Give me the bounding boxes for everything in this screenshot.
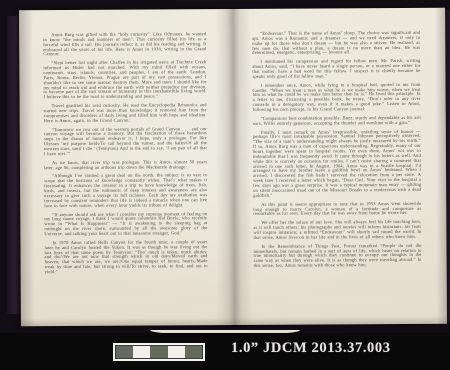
right-page-paragraph: “Companions best combination possible. B… (253, 116, 421, 127)
right-page-paragraph: “Endeavour.” That is the name of Amos’ s… (252, 31, 420, 56)
right-page: “Endeavour.” That is the name of Amos’ s… (252, 31, 421, 273)
left-page-paragraph: “Tomorrow we row out of the western port… (44, 127, 207, 157)
scale-square-gray (185, 346, 202, 358)
scale-square-white (168, 346, 185, 358)
scale-bar-squares (115, 345, 203, 359)
left-page-paragraph: “Slept better last night after Chaffee i… (43, 60, 206, 100)
right-page-paragraph: In the Remembrance of Things Past, Prous… (253, 244, 421, 269)
left-page-paragraph: “Although I’ve studied a great deal on t… (44, 174, 207, 209)
scale-square-white (133, 346, 150, 358)
right-page-paragraph: I mentioned his compassion and regard fo… (252, 59, 420, 79)
scale-square-gray (150, 346, 167, 358)
book-spread: Amos Burg was gifted with the “holy curi… (19, 8, 447, 327)
right-page-paragraph: Finally, I must remark on Amos’ irrepres… (253, 129, 421, 198)
left-page: Amos Burg was gifted with the “holy curi… (43, 32, 207, 279)
accession-number-label: 1.0” JDCM 2013.37.003 (231, 340, 391, 357)
right-page-paragraph: I remember once, Amos, while lying in a … (252, 83, 420, 113)
book-cover-edge-left (7, 16, 20, 314)
accession-label-bar: 1.0” JDCM 2013.37.003 (0, 333, 450, 370)
calibration-scale-bar (113, 343, 205, 361)
left-page-paragraph: Amos Burg was gifted with the “holy curi… (43, 32, 206, 57)
scale-square-gray (116, 346, 133, 358)
page-bottom-shadow (21, 316, 447, 327)
left-page-paragraph: In 1970 Amos rafted Hells Canyon for the… (44, 240, 207, 275)
left-page-edge-shadow (19, 10, 35, 326)
right-page-edge-shadow (435, 8, 447, 324)
left-page-paragraph: As we know, that river trip was prologue… (44, 160, 207, 171)
photo-stage: Amos Burg was gifted with the “holy curi… (0, 0, 450, 370)
book-gutter-shadow (215, 9, 253, 325)
right-page-paragraph: We offer her the solace of our love. She… (253, 220, 421, 240)
left-page-paragraph: Travel gratified his avid curiosity. He … (44, 103, 207, 123)
right-page-paragraph: At this point it seems appropriate to no… (253, 201, 421, 217)
left-page-paragraph: “If anyone should ask me what I consider… (44, 212, 207, 237)
